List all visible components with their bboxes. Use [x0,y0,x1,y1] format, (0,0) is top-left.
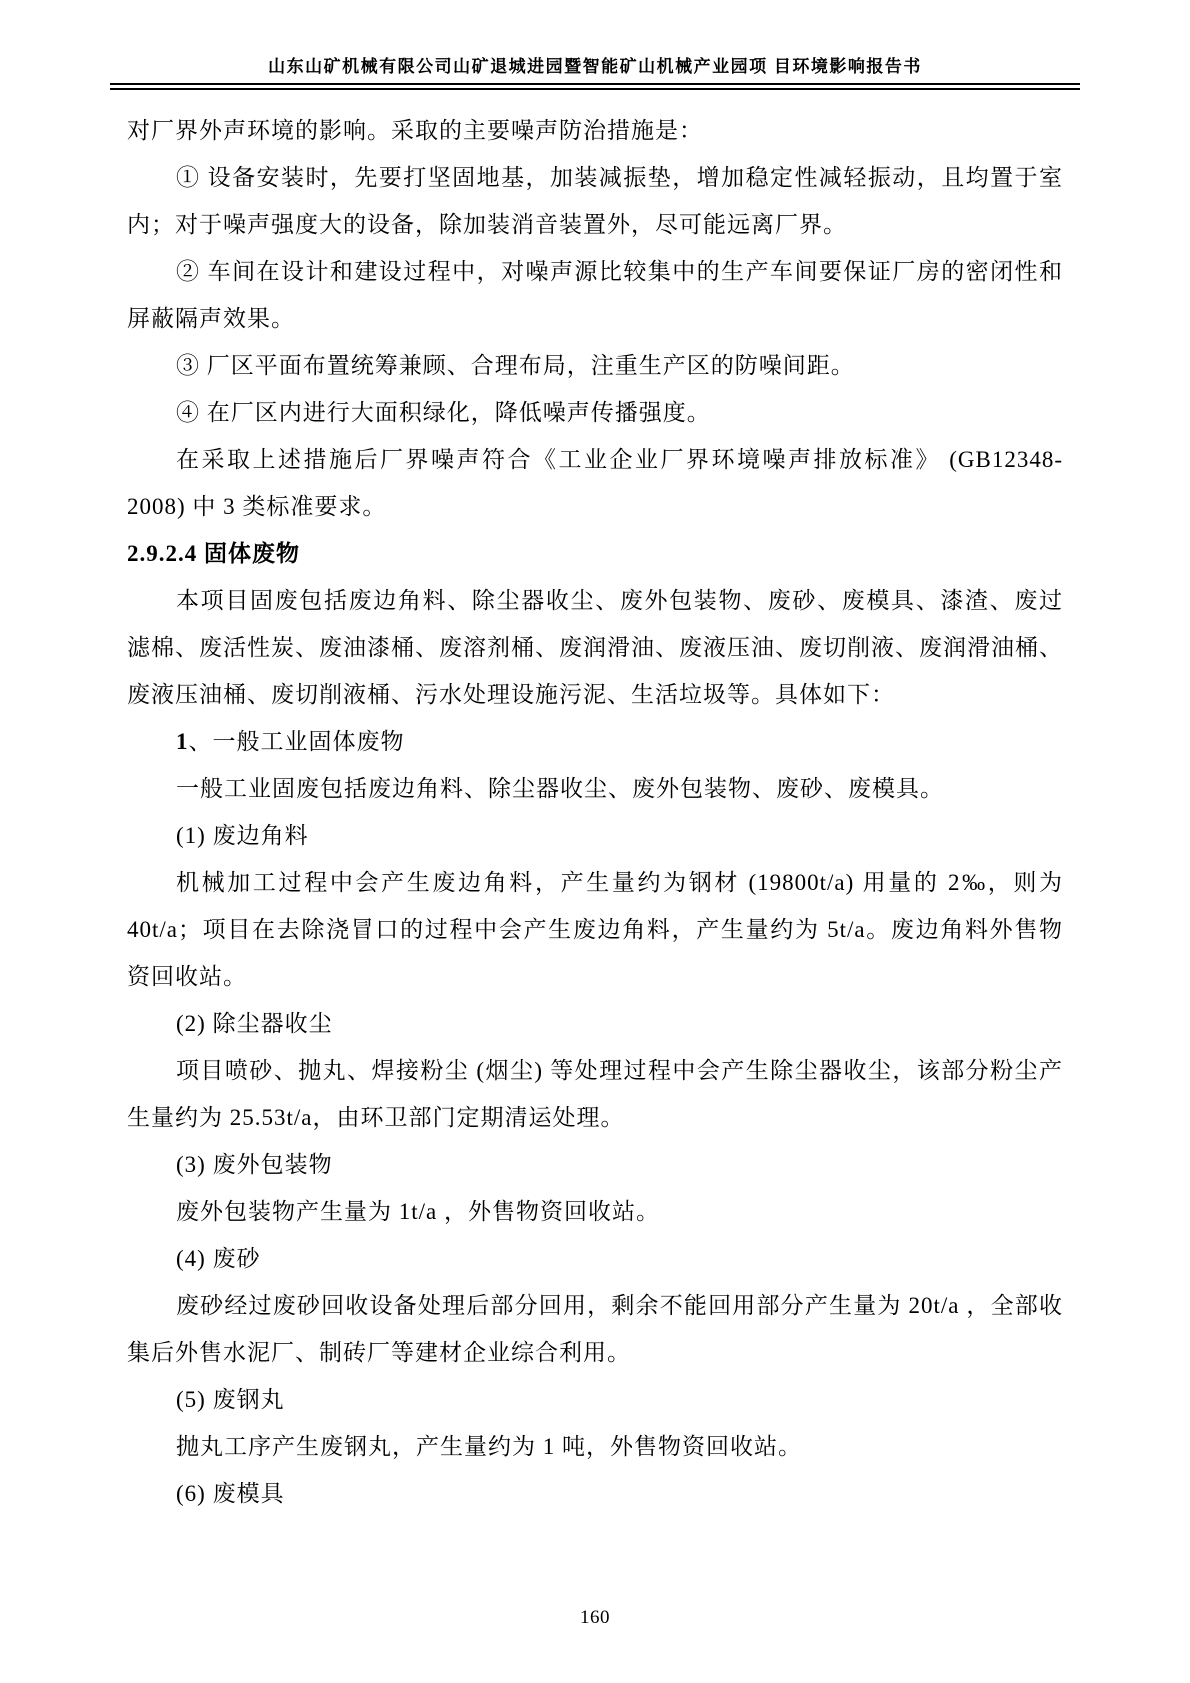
paragraph: ② 车间在设计和建设过程中，对噪声源比较集中的生产车间要保证厂房的密闭性和 屏蔽… [127,248,1063,342]
paragraph: ① 设备安装时，先要打坚固地基，加装减振垫，增加稳定性减轻振动，且均置于室内；对… [127,154,1063,248]
paragraph: (2) 除尘器收尘 [127,1000,1063,1047]
paragraph-text: 、一般工业固体废物 [189,729,405,754]
paragraph: 1、一般工业固体废物 [127,718,1063,765]
paragraph: 机械加工过程中会产生废边角料，产生量约为钢材 (19800t/a) 用量的 2‰… [127,859,1063,1000]
paragraph: ④ 在厂区内进行大面积绿化，降低噪声传播强度。 [127,389,1063,436]
paragraph: 本项目固废包括废边角料、除尘器收尘、废外包装物、废砂、废模具、漆渣、废过滤棉、废… [127,577,1063,718]
header-double-rule [110,83,1080,90]
document-body: 对厂界外声环境的影响。采取的主要噪声防治措施是：① 设备安装时，先要打坚固地基，… [127,107,1063,1517]
paragraph: 抛丸工序产生废钢丸，产生量约为 1 吨，外售物资回收站。 [127,1423,1063,1470]
paragraph: (1) 废边角料 [127,812,1063,859]
paragraph: (6) 废模具 [127,1470,1063,1517]
page-header-title: 山东山矿机械有限公司山矿退城进园暨智能矿山机械产业园项 目环境影响报告书 [0,0,1190,77]
paragraph: (5) 废钢丸 [127,1376,1063,1423]
list-number: 1 [176,729,189,754]
paragraph: (3) 废外包装物 [127,1141,1063,1188]
document-page: 山东山矿机械有限公司山矿退城进园暨智能矿山机械产业园项 目环境影响报告书 对厂界… [0,0,1190,1683]
paragraph: ③ 厂区平面布置统筹兼顾、合理布局，注重生产区的防噪间距。 [127,342,1063,389]
page-number: 160 [0,1607,1190,1629]
paragraph: 项目喷砂、抛丸、焊接粉尘 (烟尘) 等处理过程中会产生除尘器收尘，该部分粉尘产生… [127,1047,1063,1141]
paragraph: 一般工业固废包括废边角料、除尘器收尘、废外包装物、废砂、废模具。 [127,765,1063,812]
paragraph: 对厂界外声环境的影响。采取的主要噪声防治措施是： [127,107,1063,154]
paragraph: 废砂经过废砂回收设备处理后部分回用，剩余不能回用部分产生量为 20t/a ，全部… [127,1282,1063,1376]
paragraph: (4) 废砂 [127,1235,1063,1282]
paragraph: 在采取上述措施后厂界噪声符合《工业企业厂界环境噪声排放标准》 (GB12348-… [127,436,1063,530]
section-heading: 2.9.2.4 固体废物 [127,530,1063,577]
paragraph: 废外包装物产生量为 1t/a ，外售物资回收站。 [127,1188,1063,1235]
